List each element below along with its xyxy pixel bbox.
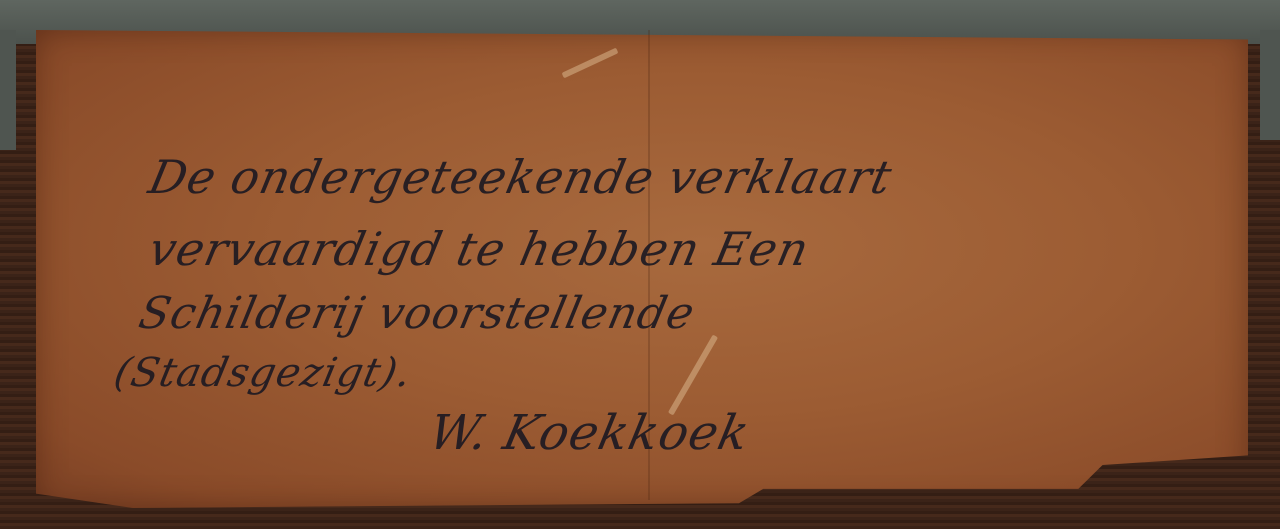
signature: W. Koekkoek — [424, 405, 755, 461]
canvas-tape-left — [0, 30, 16, 150]
label-line-2: vervaardigd te hebben Een — [144, 222, 814, 276]
label-line-1: De ondergeteekende verklaart — [144, 150, 897, 204]
canvas-tape-right — [1260, 30, 1280, 140]
label-line-3: Schilderij voorstellende — [135, 288, 700, 339]
label-line-4: (Stadsgezigt). — [110, 350, 416, 396]
